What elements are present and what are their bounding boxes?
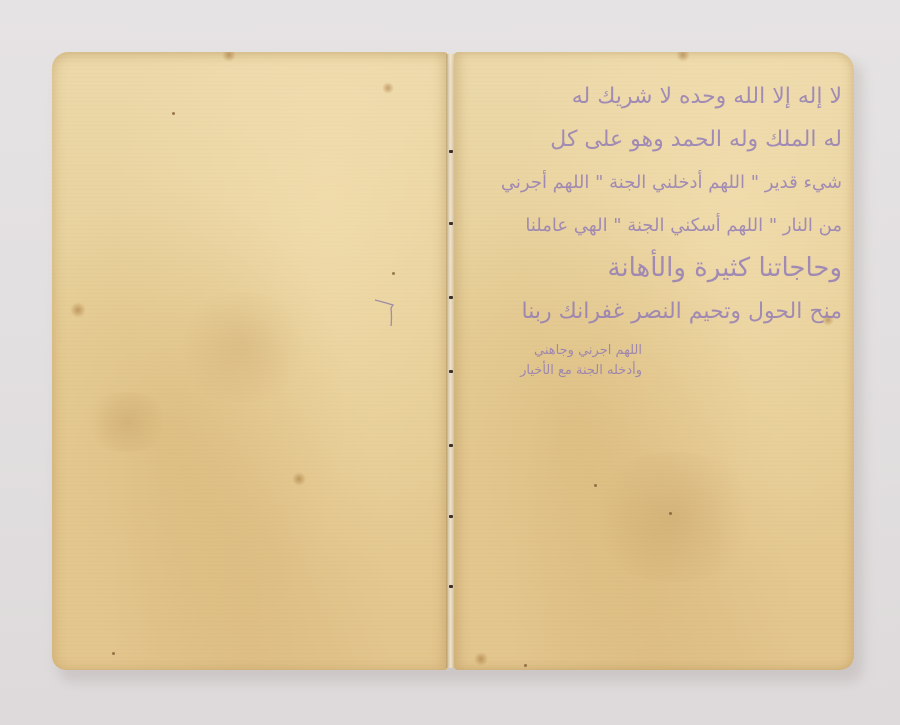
- stitch-hole: [449, 150, 453, 153]
- stain: [82, 392, 172, 452]
- speck: [172, 112, 175, 115]
- handwritten-line-small: اللهم اجرني وجاهني: [462, 341, 842, 361]
- small-handwriting-block: اللهم اجرني وجاهني وأدخله الجنة مع الأخي…: [462, 341, 842, 381]
- left-page: [52, 52, 448, 670]
- stain: [222, 52, 236, 62]
- stitch-hole: [449, 296, 453, 299]
- speck: [524, 664, 527, 667]
- arabic-handwriting: لا إله إلا الله وحده لا شريك له له الملك…: [462, 75, 842, 381]
- stitch-hole: [449, 370, 453, 373]
- stain: [676, 52, 690, 62]
- speck: [392, 272, 395, 275]
- stain: [382, 82, 394, 94]
- stitch-hole: [449, 585, 453, 588]
- handwritten-line: وحاجاتنا كثيرة والأهانة: [462, 247, 842, 290]
- stain: [292, 472, 306, 486]
- handwritten-line: له الملك وله الحمد وهو على كل: [462, 118, 842, 161]
- speck: [594, 484, 597, 487]
- stitch-hole: [449, 222, 453, 225]
- pencil-stroke-mark: [373, 296, 403, 330]
- handwritten-line: لا إله إلا الله وحده لا شريك له: [462, 75, 842, 118]
- speck: [112, 652, 115, 655]
- photo-scene: لا إله إلا الله وحده لا شريك له له الملك…: [0, 0, 900, 725]
- handwritten-line: منح الحول وتحيم النصر غفرانك ربنا: [462, 290, 842, 333]
- stitch-hole: [449, 515, 453, 518]
- handwritten-line-small: وأدخله الجنة مع الأخيار: [462, 361, 842, 381]
- stain: [474, 652, 488, 666]
- handwritten-line: من النار " اللهم أسكني الجنة " الهي عامل…: [462, 204, 842, 247]
- speck: [669, 512, 672, 515]
- stain: [172, 292, 312, 402]
- stain: [584, 452, 764, 582]
- stain: [70, 302, 86, 318]
- handwritten-line: شيء قدير " اللهم أدخلني الجنة " اللهم أج…: [462, 161, 842, 204]
- stitch-hole: [449, 444, 453, 447]
